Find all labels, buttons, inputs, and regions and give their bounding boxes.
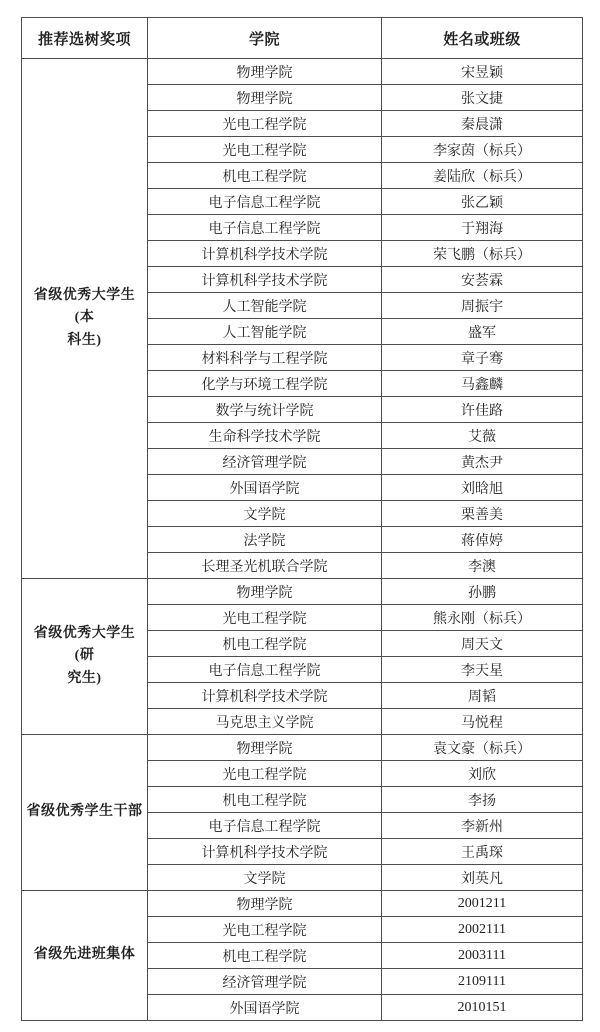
college-cell: 电子信息工程学院 [148,189,382,215]
college-cell: 光电工程学院 [148,605,382,631]
college-cell: 计算机科学技术学院 [148,267,382,293]
college-cell: 人工智能学院 [148,319,382,345]
college-cell: 光电工程学院 [148,917,382,943]
award-table-body: 省级优秀大学生(本 科生)物理学院宋昱颖物理学院张文捷光电工程学院秦晨潇光电工程… [22,59,583,1021]
name-cell: 2001211 [382,891,583,917]
college-cell: 机电工程学院 [148,631,382,657]
college-cell: 外国语学院 [148,475,382,501]
college-cell: 生命科学技术学院 [148,423,382,449]
name-cell: 熊永刚（标兵） [382,605,583,631]
name-cell: 黄杰尹 [382,449,583,475]
name-cell: 姜陆欣（标兵） [382,163,583,189]
college-cell: 光电工程学院 [148,137,382,163]
award-table: 推荐选树奖项 学院 姓名或班级 省级优秀大学生(本 科生)物理学院宋昱颖物理学院… [21,17,583,1021]
award-group-cell: 省级优秀学生干部 [22,735,148,891]
college-cell: 物理学院 [148,579,382,605]
name-cell: 刘英凡 [382,865,583,891]
name-cell: 张文捷 [382,85,583,111]
college-cell: 物理学院 [148,85,382,111]
name-cell: 李扬 [382,787,583,813]
name-cell: 宋昱颖 [382,59,583,85]
college-cell: 电子信息工程学院 [148,657,382,683]
award-group-cell: 省级先进班集体 [22,891,148,1021]
college-cell: 光电工程学院 [148,761,382,787]
column-header-name: 姓名或班级 [382,18,583,59]
name-cell: 李澳 [382,553,583,579]
name-cell: 盛军 [382,319,583,345]
college-cell: 经济管理学院 [148,449,382,475]
name-cell: 许佳路 [382,397,583,423]
college-cell: 材料科学与工程学院 [148,345,382,371]
name-cell: 马鑫麟 [382,371,583,397]
name-cell: 章子骞 [382,345,583,371]
college-cell: 计算机科学技术学院 [148,683,382,709]
college-cell: 物理学院 [148,735,382,761]
name-cell: 艾薇 [382,423,583,449]
name-cell: 安荟霖 [382,267,583,293]
name-cell: 栗善美 [382,501,583,527]
college-cell: 电子信息工程学院 [148,813,382,839]
name-cell: 马悦程 [382,709,583,735]
name-cell: 王禹琛 [382,839,583,865]
college-cell: 长理圣光机联合学院 [148,553,382,579]
name-cell: 周振宇 [382,293,583,319]
name-cell: 蒋倬婷 [382,527,583,553]
award-group-cell: 省级优秀大学生(本 科生) [22,59,148,579]
name-cell: 李新州 [382,813,583,839]
name-cell: 张乙颖 [382,189,583,215]
name-cell: 2002111 [382,917,583,943]
college-cell: 计算机科学技术学院 [148,839,382,865]
college-cell: 经济管理学院 [148,969,382,995]
college-cell: 机电工程学院 [148,163,382,189]
name-cell: 秦晨潇 [382,111,583,137]
name-cell: 周天文 [382,631,583,657]
college-cell: 文学院 [148,501,382,527]
column-header-award: 推荐选树奖项 [22,18,148,59]
college-cell: 化学与环境工程学院 [148,371,382,397]
header-row: 推荐选树奖项 学院 姓名或班级 [22,18,583,59]
college-cell: 文学院 [148,865,382,891]
college-cell: 电子信息工程学院 [148,215,382,241]
name-cell: 2003111 [382,943,583,969]
college-cell: 外国语学院 [148,995,382,1021]
name-cell: 袁文豪（标兵） [382,735,583,761]
name-cell: 刘晗旭 [382,475,583,501]
document-page: 推荐选树奖项 学院 姓名或班级 省级优秀大学生(本 科生)物理学院宋昱颖物理学院… [0,0,600,1032]
award-group-cell: 省级优秀大学生(研 究生) [22,579,148,735]
name-cell: 2109111 [382,969,583,995]
name-cell: 荣飞鹏（标兵） [382,241,583,267]
name-cell: 刘欣 [382,761,583,787]
college-cell: 机电工程学院 [148,943,382,969]
table-row: 省级先进班集体物理学院2001211 [22,891,583,917]
name-cell: 于翔海 [382,215,583,241]
college-cell: 物理学院 [148,891,382,917]
name-cell: 李天星 [382,657,583,683]
college-cell: 马克思主义学院 [148,709,382,735]
college-cell: 机电工程学院 [148,787,382,813]
table-row: 省级优秀大学生(研 究生)物理学院孙鹏 [22,579,583,605]
college-cell: 法学院 [148,527,382,553]
college-cell: 人工智能学院 [148,293,382,319]
name-cell: 李家茵（标兵） [382,137,583,163]
college-cell: 光电工程学院 [148,111,382,137]
college-cell: 物理学院 [148,59,382,85]
name-cell: 周韬 [382,683,583,709]
name-cell: 孙鹏 [382,579,583,605]
award-table-header: 推荐选树奖项 学院 姓名或班级 [22,18,583,59]
name-cell: 2010151 [382,995,583,1021]
table-row: 省级优秀大学生(本 科生)物理学院宋昱颖 [22,59,583,85]
college-cell: 计算机科学技术学院 [148,241,382,267]
college-cell: 数学与统计学院 [148,397,382,423]
table-row: 省级优秀学生干部物理学院袁文豪（标兵） [22,735,583,761]
column-header-college: 学院 [148,18,382,59]
